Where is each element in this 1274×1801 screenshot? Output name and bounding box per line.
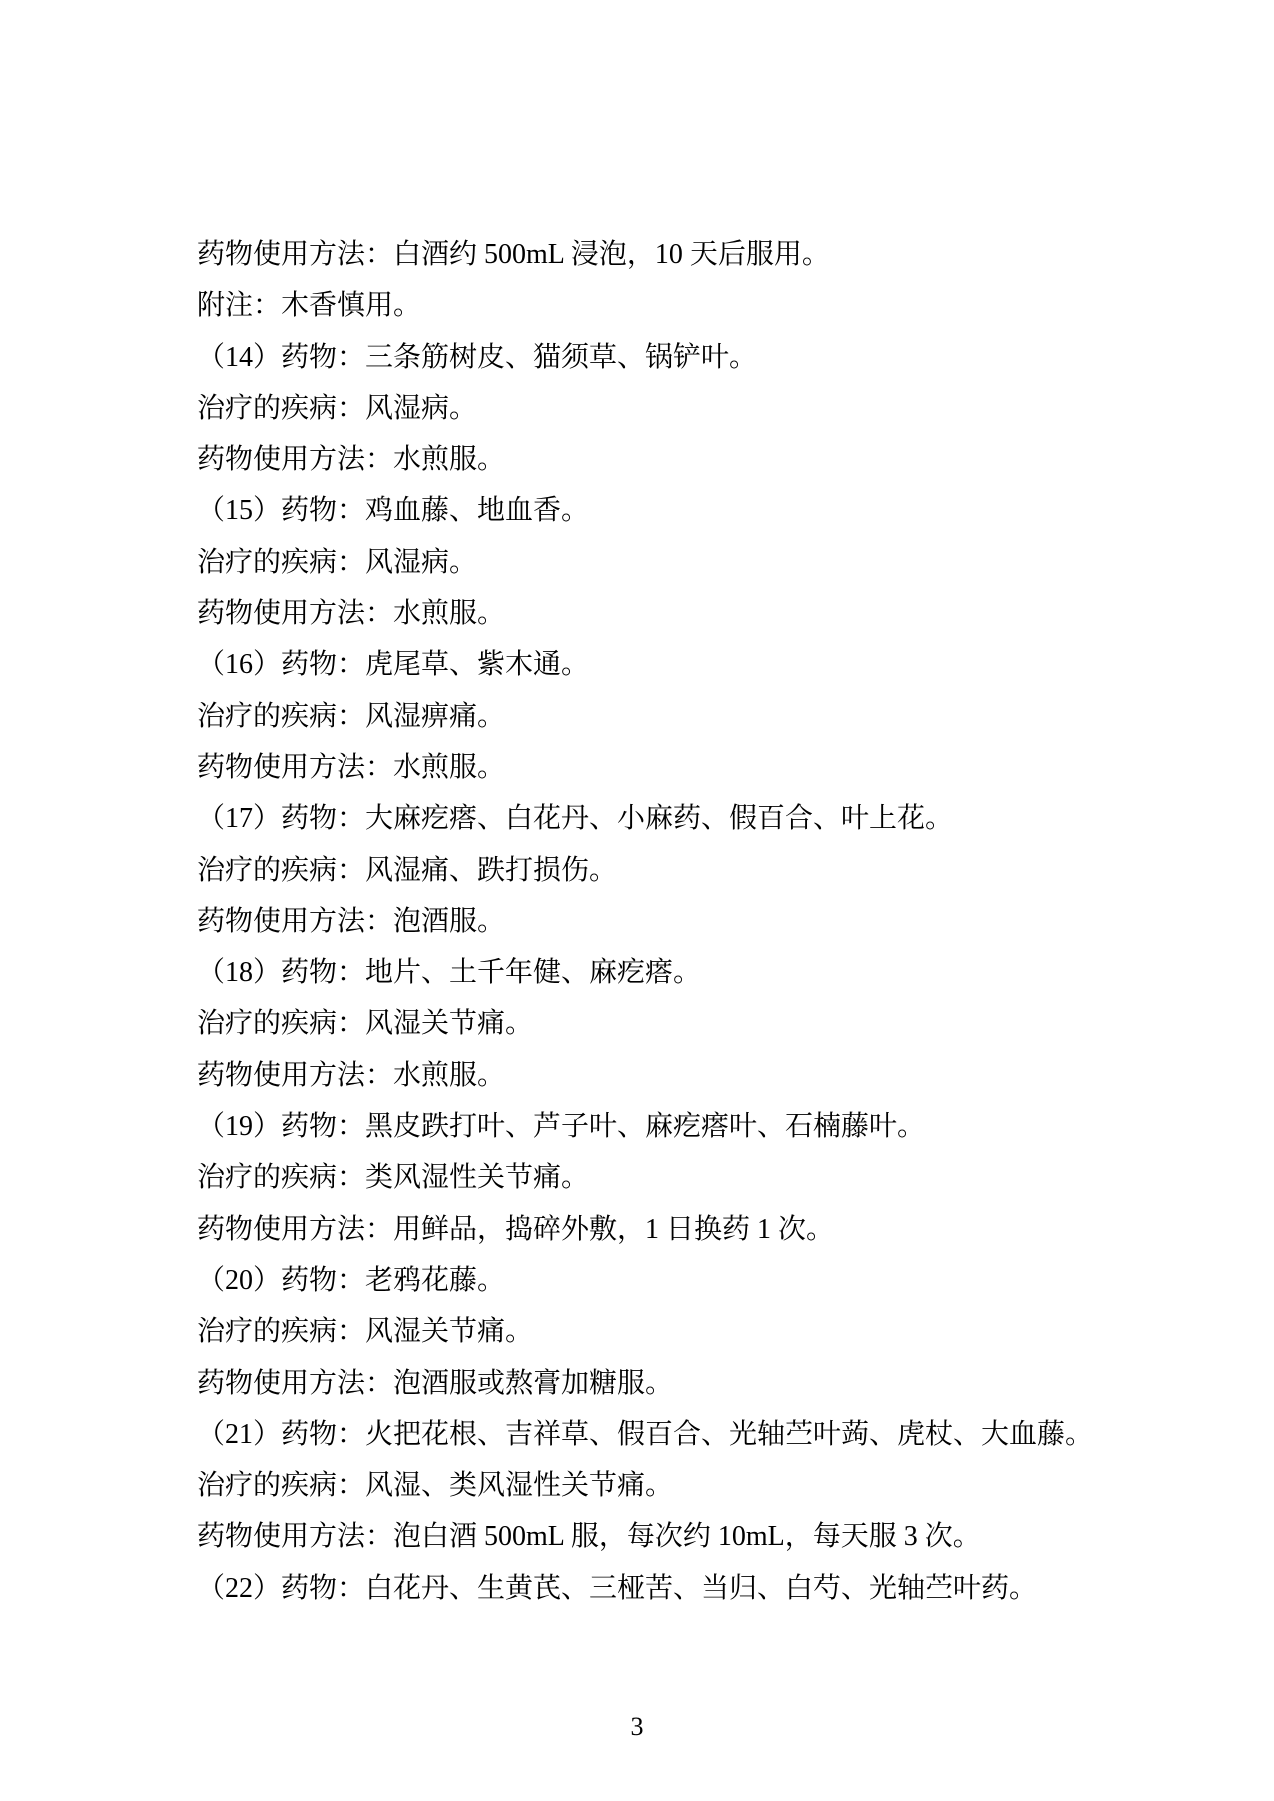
- usage-line: 药物使用方法：水煎服。: [197, 588, 1157, 639]
- usage-line: 药物使用方法：泡白酒 500mL 服，每次约 10mL，每天服 3 次。: [197, 1511, 1157, 1562]
- disease-line: 治疗的疾病：风湿、类风湿性关节痛。: [197, 1460, 1157, 1511]
- disease-line: 治疗的疾病：风湿痹痛。: [197, 691, 1157, 742]
- usage-line: 药物使用方法：白酒约 500mL 浸泡，10 天后服用。: [197, 229, 1157, 280]
- usage-line: 药物使用方法：泡酒服或熬膏加糖服。: [197, 1358, 1157, 1409]
- usage-line: 药物使用方法：水煎服。: [197, 742, 1157, 793]
- usage-line: 药物使用方法：用鲜品，捣碎外敷，1 日换药 1 次。: [197, 1204, 1157, 1255]
- disease-line: 治疗的疾病：风湿痛、跌打损伤。: [197, 845, 1157, 896]
- document-body: 药物使用方法：白酒约 500mL 浸泡，10 天后服用。 附注：木香慎用。 （1…: [197, 229, 1157, 1614]
- remedy-21-drugs-line: （21）药物：火把花根、吉祥草、假百合、光轴苎叶蒟、虎杖、大血藤。: [197, 1409, 1157, 1460]
- disease-line: 治疗的疾病：风湿病。: [197, 537, 1157, 588]
- remedy-22-drugs-line: （22）药物：白花丹、生黄芪、三桠苦、当归、白芍、光轴苎叶药。: [197, 1563, 1157, 1614]
- disease-line: 治疗的疾病：风湿关节痛。: [197, 1306, 1157, 1357]
- document-page: 药物使用方法：白酒约 500mL 浸泡，10 天后服用。 附注：木香慎用。 （1…: [0, 0, 1274, 1801]
- remedy-15-drugs-line: （15）药物：鸡血藤、地血香。: [197, 485, 1157, 536]
- disease-line: 治疗的疾病：风湿病。: [197, 383, 1157, 434]
- disease-line: 治疗的疾病：类风湿性关节痛。: [197, 1152, 1157, 1203]
- remedy-19-drugs-line: （19）药物：黑皮跌打叶、芦子叶、麻疙瘩叶、石楠藤叶。: [197, 1101, 1157, 1152]
- remedy-16-drugs-line: （16）药物：虎尾草、紫木通。: [197, 639, 1157, 690]
- remedy-14-drugs-line: （14）药物：三条筋树皮、猫须草、锅铲叶。: [197, 332, 1157, 383]
- page-number: 3: [0, 1712, 1274, 1742]
- remedy-20-drugs-line: （20）药物：老鸦花藤。: [197, 1255, 1157, 1306]
- remedy-18-drugs-line: （18）药物：地片、土千年健、麻疙瘩。: [197, 947, 1157, 998]
- disease-line: 治疗的疾病：风湿关节痛。: [197, 998, 1157, 1049]
- remedy-17-drugs-line: （17）药物：大麻疙瘩、白花丹、小麻药、假百合、叶上花。: [197, 793, 1157, 844]
- usage-line: 药物使用方法：水煎服。: [197, 1050, 1157, 1101]
- usage-line: 药物使用方法：水煎服。: [197, 434, 1157, 485]
- note-line: 附注：木香慎用。: [197, 280, 1157, 331]
- usage-line: 药物使用方法：泡酒服。: [197, 896, 1157, 947]
